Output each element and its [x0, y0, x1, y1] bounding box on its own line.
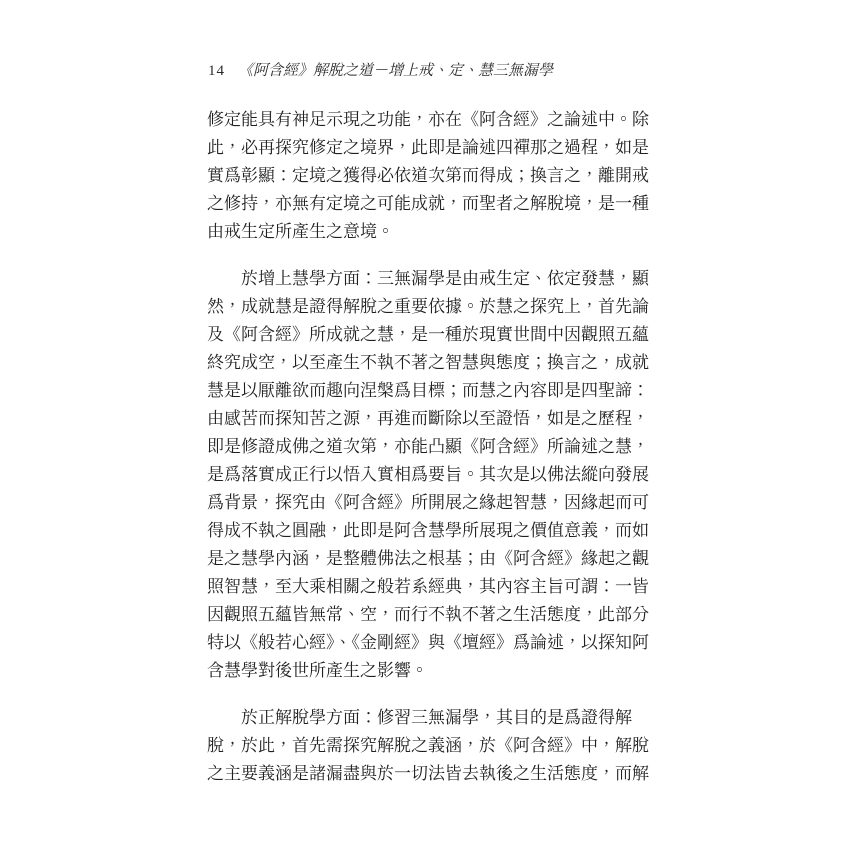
page-number: 14 [208, 63, 225, 79]
body-paragraph: 於增上慧學方面：三無漏學是由戒生定、依定發慧，顯 然，成就慧是證得解脫之重要依據… [207, 265, 659, 685]
body-paragraph: 於正解脫學方面：修習三無漏學，其目的是爲證得解 脫，於此，首先需探究解脫之義涵，… [207, 704, 659, 788]
running-header: 14《阿含經》解脫之道－增上戒、定、慧三無漏學 [208, 60, 668, 82]
body-paragraph: 修定能具有神足示現之功能，亦在《阿含經》之論述中。除 此，必再探究修定之境界，此… [207, 106, 659, 246]
book-page: 14《阿含經》解脫之道－增上戒、定、慧三無漏學 修定能具有神足示現之功能，亦在《… [0, 0, 850, 850]
body-text-block: 修定能具有神足示現之功能，亦在《阿含經》之論述中。除 此，必再探究修定之境界，此… [207, 106, 659, 788]
running-header-title: 《阿含經》解脫之道－增上戒、定、慧三無漏學 [238, 63, 553, 79]
